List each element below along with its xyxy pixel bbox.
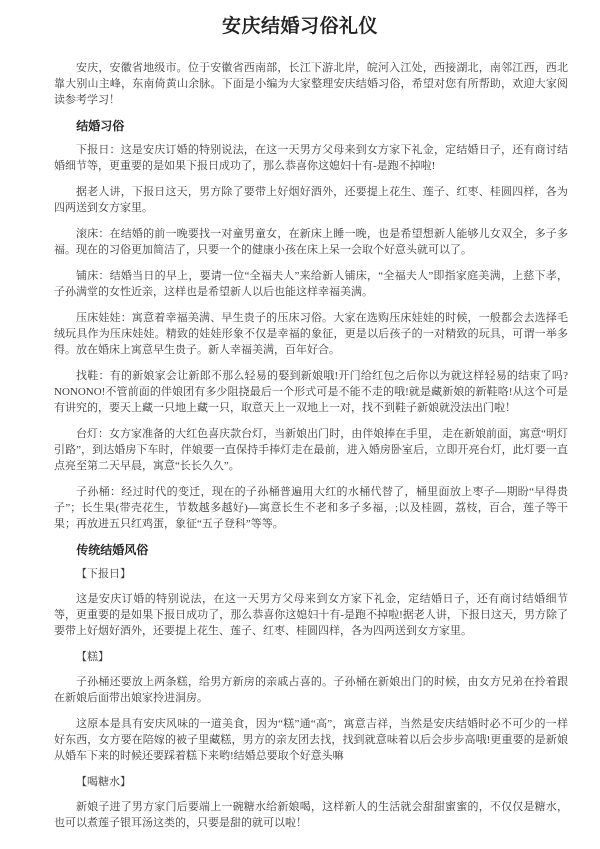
paragraph: 子孙桶还要放上两条糕，给男方新房的亲戚占喜的。子孙桶在新娘出门的时候，由女方兄弟…: [54, 674, 568, 706]
document-page: 安庆结婚习俗礼仪 安庆，安徽省地级市。位于安徽省西南部，长江下游北岸，皖河入江处…: [0, 0, 600, 849]
paragraph: 这是安庆订婚的特别说法，在这一天男方父母来到女方家下礼金，定结婚日子，还有商讨结…: [54, 591, 568, 639]
section-heading: 结婚习俗: [54, 118, 568, 134]
section-heading: 【喝糖水】: [54, 774, 568, 790]
paragraph: 子孙桶：经过时代的变迁，现在的子孙桶普遍用大红的水桶代替了，桶里面放上枣子—期盼…: [54, 484, 568, 532]
article-body: 安庆，安徽省地级市。位于安徽省西南部，长江下游北岸，皖河入江处，西接湖北，南邻江…: [54, 60, 568, 831]
paragraph: 这原本是具有安庆风味的一道美食，因为“糕”通“高”，寓意吉祥，当然是安庆结婚时必…: [54, 716, 568, 764]
paragraph: 铺床：结婚当日的早上，要请一位“全福夫人”来给新人铺床，“全福夫人”即指家庭美满…: [54, 268, 568, 300]
section-heading: 传统结婚风俗: [54, 542, 568, 558]
paragraph: 下报日：这是安庆订婚的特别说法，在这一天男方父母来到女方家下礼金，定结婚日子，还…: [54, 142, 568, 174]
paragraph: 滚床：在结婚的前一晚要找一对童男童女，在新床上睡一晚，也是希望想新人能够儿女双全…: [54, 226, 568, 258]
paragraph: 新娘子进了男方家门后要端上一碗糖水给新娘喝，这样新人的生活就会甜甜蜜蜜的，不仅仅…: [54, 799, 568, 831]
paragraph: 台灯：女方家准备的大红色喜庆款台灯，当新娘出门时，由伴娘捧在手里， 走在新娘前面…: [54, 426, 568, 474]
section-heading: 【下报日】: [54, 566, 568, 582]
paragraph: 找鞋：有的新娘家会让新郎不那么轻易的娶到新娘哦!开门给红包之后你以为就这样轻易的…: [54, 368, 568, 416]
page-title: 安庆结婚习俗礼仪: [0, 0, 600, 40]
paragraph: 压床娃娃：寓意着幸福美满、早生贵子的压床习俗。大家在选购压床娃娃的时候，一般都会…: [54, 310, 568, 358]
paragraph: 据老人讲，下报日这天，男方除了要带上好烟好酒外，还要提上花生、莲子、红枣、桂圆四…: [54, 184, 568, 216]
section-heading: 【糕】: [54, 649, 568, 665]
paragraph: 安庆，安徽省地级市。位于安徽省西南部，长江下游北岸，皖河入江处，西接湖北，南邻江…: [54, 60, 568, 108]
